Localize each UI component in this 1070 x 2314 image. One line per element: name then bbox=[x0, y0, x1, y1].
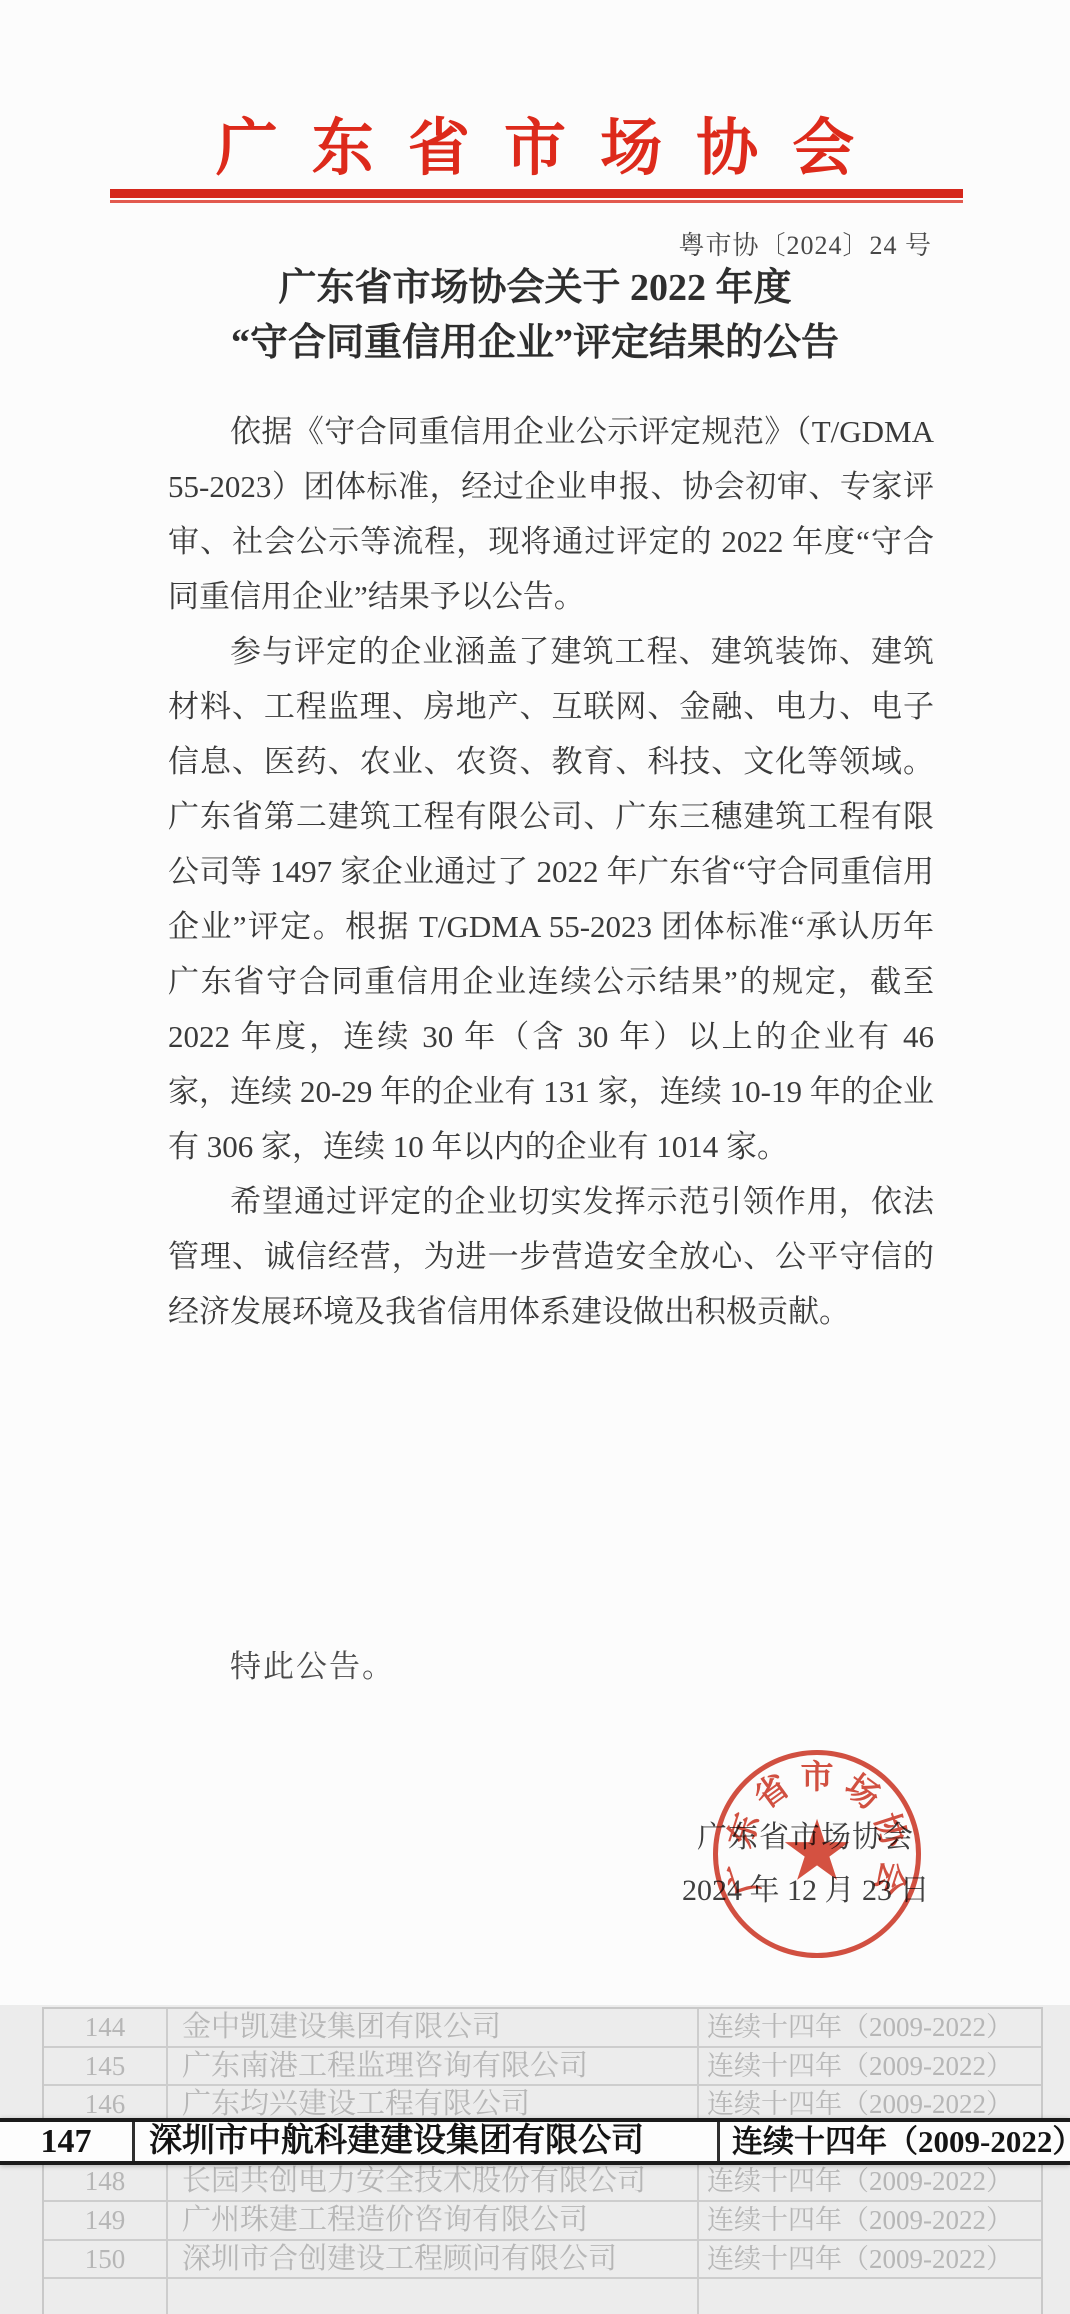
table-cell bbox=[699, 2279, 1041, 2314]
paragraph-3: 希望通过评定的企业切实发挥示范引领作用，依法管理、诚信经营，为进一步营造安全放心… bbox=[168, 1174, 934, 1339]
announcement-body: 依据《守合同重信用企业公示评定规范》（T/GDMA 55-2023）团体标准，经… bbox=[168, 404, 934, 1339]
table-cell: 连续十四年（2009-2022） bbox=[699, 2009, 1041, 2046]
table-cell: 148 bbox=[44, 2163, 168, 2200]
highlighted-row-years: 连续十四年（2009-2022） bbox=[720, 2122, 1070, 2161]
closing-phrase: 特此公告。 bbox=[230, 1641, 395, 1686]
table-row: 148长园共创电力安全技术股份有限公司连续十四年（2009-2022） bbox=[44, 2163, 1041, 2202]
letterhead-divider bbox=[110, 189, 963, 203]
table-cell: 广东南港工程监理咨询有限公司 bbox=[168, 2048, 699, 2085]
table-cell: 长园共创电力安全技术股份有限公司 bbox=[168, 2163, 699, 2200]
seal-ring-char: 市 bbox=[799, 1760, 835, 1796]
table-cell bbox=[168, 2279, 699, 2314]
paragraph-1: 依据《守合同重信用企业公示评定规范》（T/GDMA 55-2023）团体标准，经… bbox=[168, 404, 934, 624]
signature-date: 2024 年 12 月 23 日 bbox=[682, 1865, 930, 1909]
announcement-title-line2: “守合同重信用企业”评定结果的公告 bbox=[0, 311, 1070, 366]
letterhead-divider-thin-line bbox=[110, 200, 963, 203]
table-cell: 连续十四年（2009-2022） bbox=[699, 2163, 1041, 2200]
announcement-title-line1: 广东省市场协会关于 2022 年度 bbox=[0, 256, 1070, 311]
seal-ring-char: 场 bbox=[837, 1767, 887, 1817]
table-row: 150深圳市合创建设工程顾问有限公司连续十四年（2009-2022） bbox=[44, 2241, 1041, 2280]
seal-ring-char: 省 bbox=[747, 1767, 797, 1817]
letterhead-divider-thick-line bbox=[110, 189, 963, 198]
table-cell bbox=[44, 2279, 168, 2314]
table-cell: 连续十四年（2009-2022） bbox=[699, 2202, 1041, 2239]
highlighted-row-number: 147 bbox=[0, 2122, 135, 2161]
table-cell: 149 bbox=[44, 2202, 168, 2239]
table-cell: 145 bbox=[44, 2048, 168, 2085]
table-row: 144金中凯建设集团有限公司连续十四年（2009-2022） bbox=[44, 2009, 1041, 2048]
table-cell: 深圳市合创建设工程顾问有限公司 bbox=[168, 2241, 699, 2278]
table-cell: 金中凯建设集团有限公司 bbox=[168, 2009, 699, 2046]
table-cell: 144 bbox=[44, 2009, 168, 2046]
table-cell: 连续十四年（2009-2022） bbox=[699, 2241, 1041, 2278]
highlighted-row-company: 深圳市中航科建建设集团有限公司 bbox=[135, 2122, 720, 2161]
highlighted-row-147: 147 深圳市中航科建建设集团有限公司 连续十四年（2009-2022） bbox=[0, 2118, 1070, 2165]
table-cell: 广州珠建工程造价咨询有限公司 bbox=[168, 2202, 699, 2239]
letterhead-org-title: 广东省市场协会 bbox=[0, 98, 1070, 187]
table-row: 145广东南港工程监理咨询有限公司连续十四年（2009-2022） bbox=[44, 2048, 1041, 2087]
results-table-section: 144金中凯建设集团有限公司连续十四年（2009-2022）145广东南港工程监… bbox=[0, 2005, 1070, 2314]
table-cell: 连续十四年（2009-2022） bbox=[699, 2048, 1041, 2085]
table-row bbox=[44, 2279, 1041, 2314]
table-row: 149广州珠建工程造价咨询有限公司连续十四年（2009-2022） bbox=[44, 2202, 1041, 2241]
signature-org-name: 广东省市场协会 bbox=[697, 1812, 914, 1856]
table-cell: 150 bbox=[44, 2241, 168, 2278]
paragraph-2: 参与评定的企业涵盖了建筑工程、建筑装饰、建筑材料、工程监理、房地产、互联网、金融… bbox=[168, 624, 934, 1174]
announcement-document: 广东省市场协会 粤市协〔2024〕24 号 广东省市场协会关于 2022 年度 … bbox=[0, 0, 1070, 2314]
